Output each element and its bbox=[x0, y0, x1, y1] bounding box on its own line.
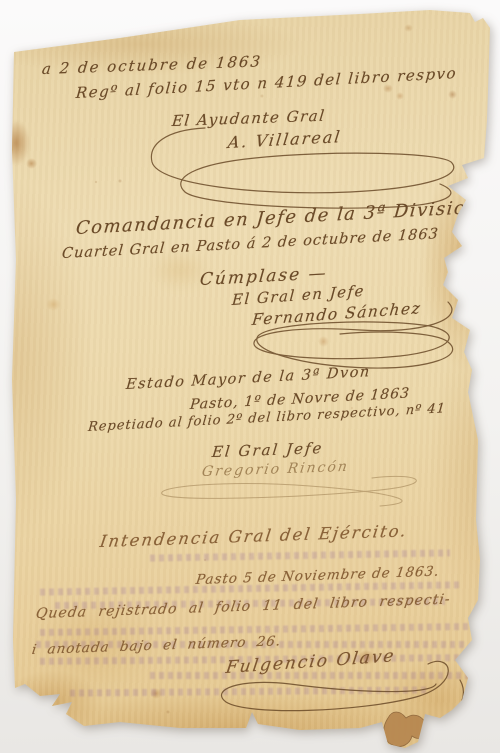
stray-pen-mark bbox=[454, 680, 463, 712]
foxing-stain bbox=[396, 92, 404, 100]
foxing-stain bbox=[318, 336, 329, 347]
foxing-stain bbox=[26, 158, 37, 169]
intendencia-anotada-line: i anotada bajo el número 26. bbox=[31, 633, 282, 658]
foxing-stain bbox=[448, 90, 457, 99]
sanchez-flourish bbox=[257, 322, 453, 368]
intendencia-registro-line: Queda rejistrado al folio 11 del libro r… bbox=[35, 591, 452, 622]
foxing-stain bbox=[404, 24, 413, 32]
intendencia-heading: Intendencia Gral del Ejército. bbox=[99, 521, 409, 551]
paper-flap bbox=[384, 712, 426, 747]
photograph-of-manuscript: a 2 de octubre de 1863 Regº al folio 15 … bbox=[0, 0, 500, 753]
olave-signature: Fulgencio Olave bbox=[225, 646, 397, 678]
registro-date-line: a 2 de octubre de 1863 bbox=[41, 52, 263, 78]
manuscript-page: a 2 de octubre de 1863 Regº al folio 15 … bbox=[0, 0, 500, 753]
foxing-stain bbox=[46, 298, 61, 311]
registro-title-line: El Ayudante Gral bbox=[171, 107, 326, 130]
ink-bleed-line bbox=[150, 549, 450, 561]
rincon-signature: Gregorio Rincón bbox=[201, 459, 350, 480]
ink-bleed-line bbox=[150, 672, 470, 679]
gral-jefe-line: El Gral Jefe bbox=[211, 439, 324, 461]
intendencia-date-line: Pasto 5 de Noviembre de 1863. bbox=[195, 563, 441, 588]
villareal-signature: A. Villareal bbox=[227, 127, 343, 152]
ink-bleed-line bbox=[70, 686, 430, 696]
paper-shadow-wrap: a 2 de octubre de 1863 Regº al folio 15 … bbox=[0, 0, 500, 753]
foxing-stain bbox=[150, 688, 162, 699]
rincon-flourish bbox=[162, 476, 417, 506]
foxing-stain bbox=[2, 120, 30, 166]
